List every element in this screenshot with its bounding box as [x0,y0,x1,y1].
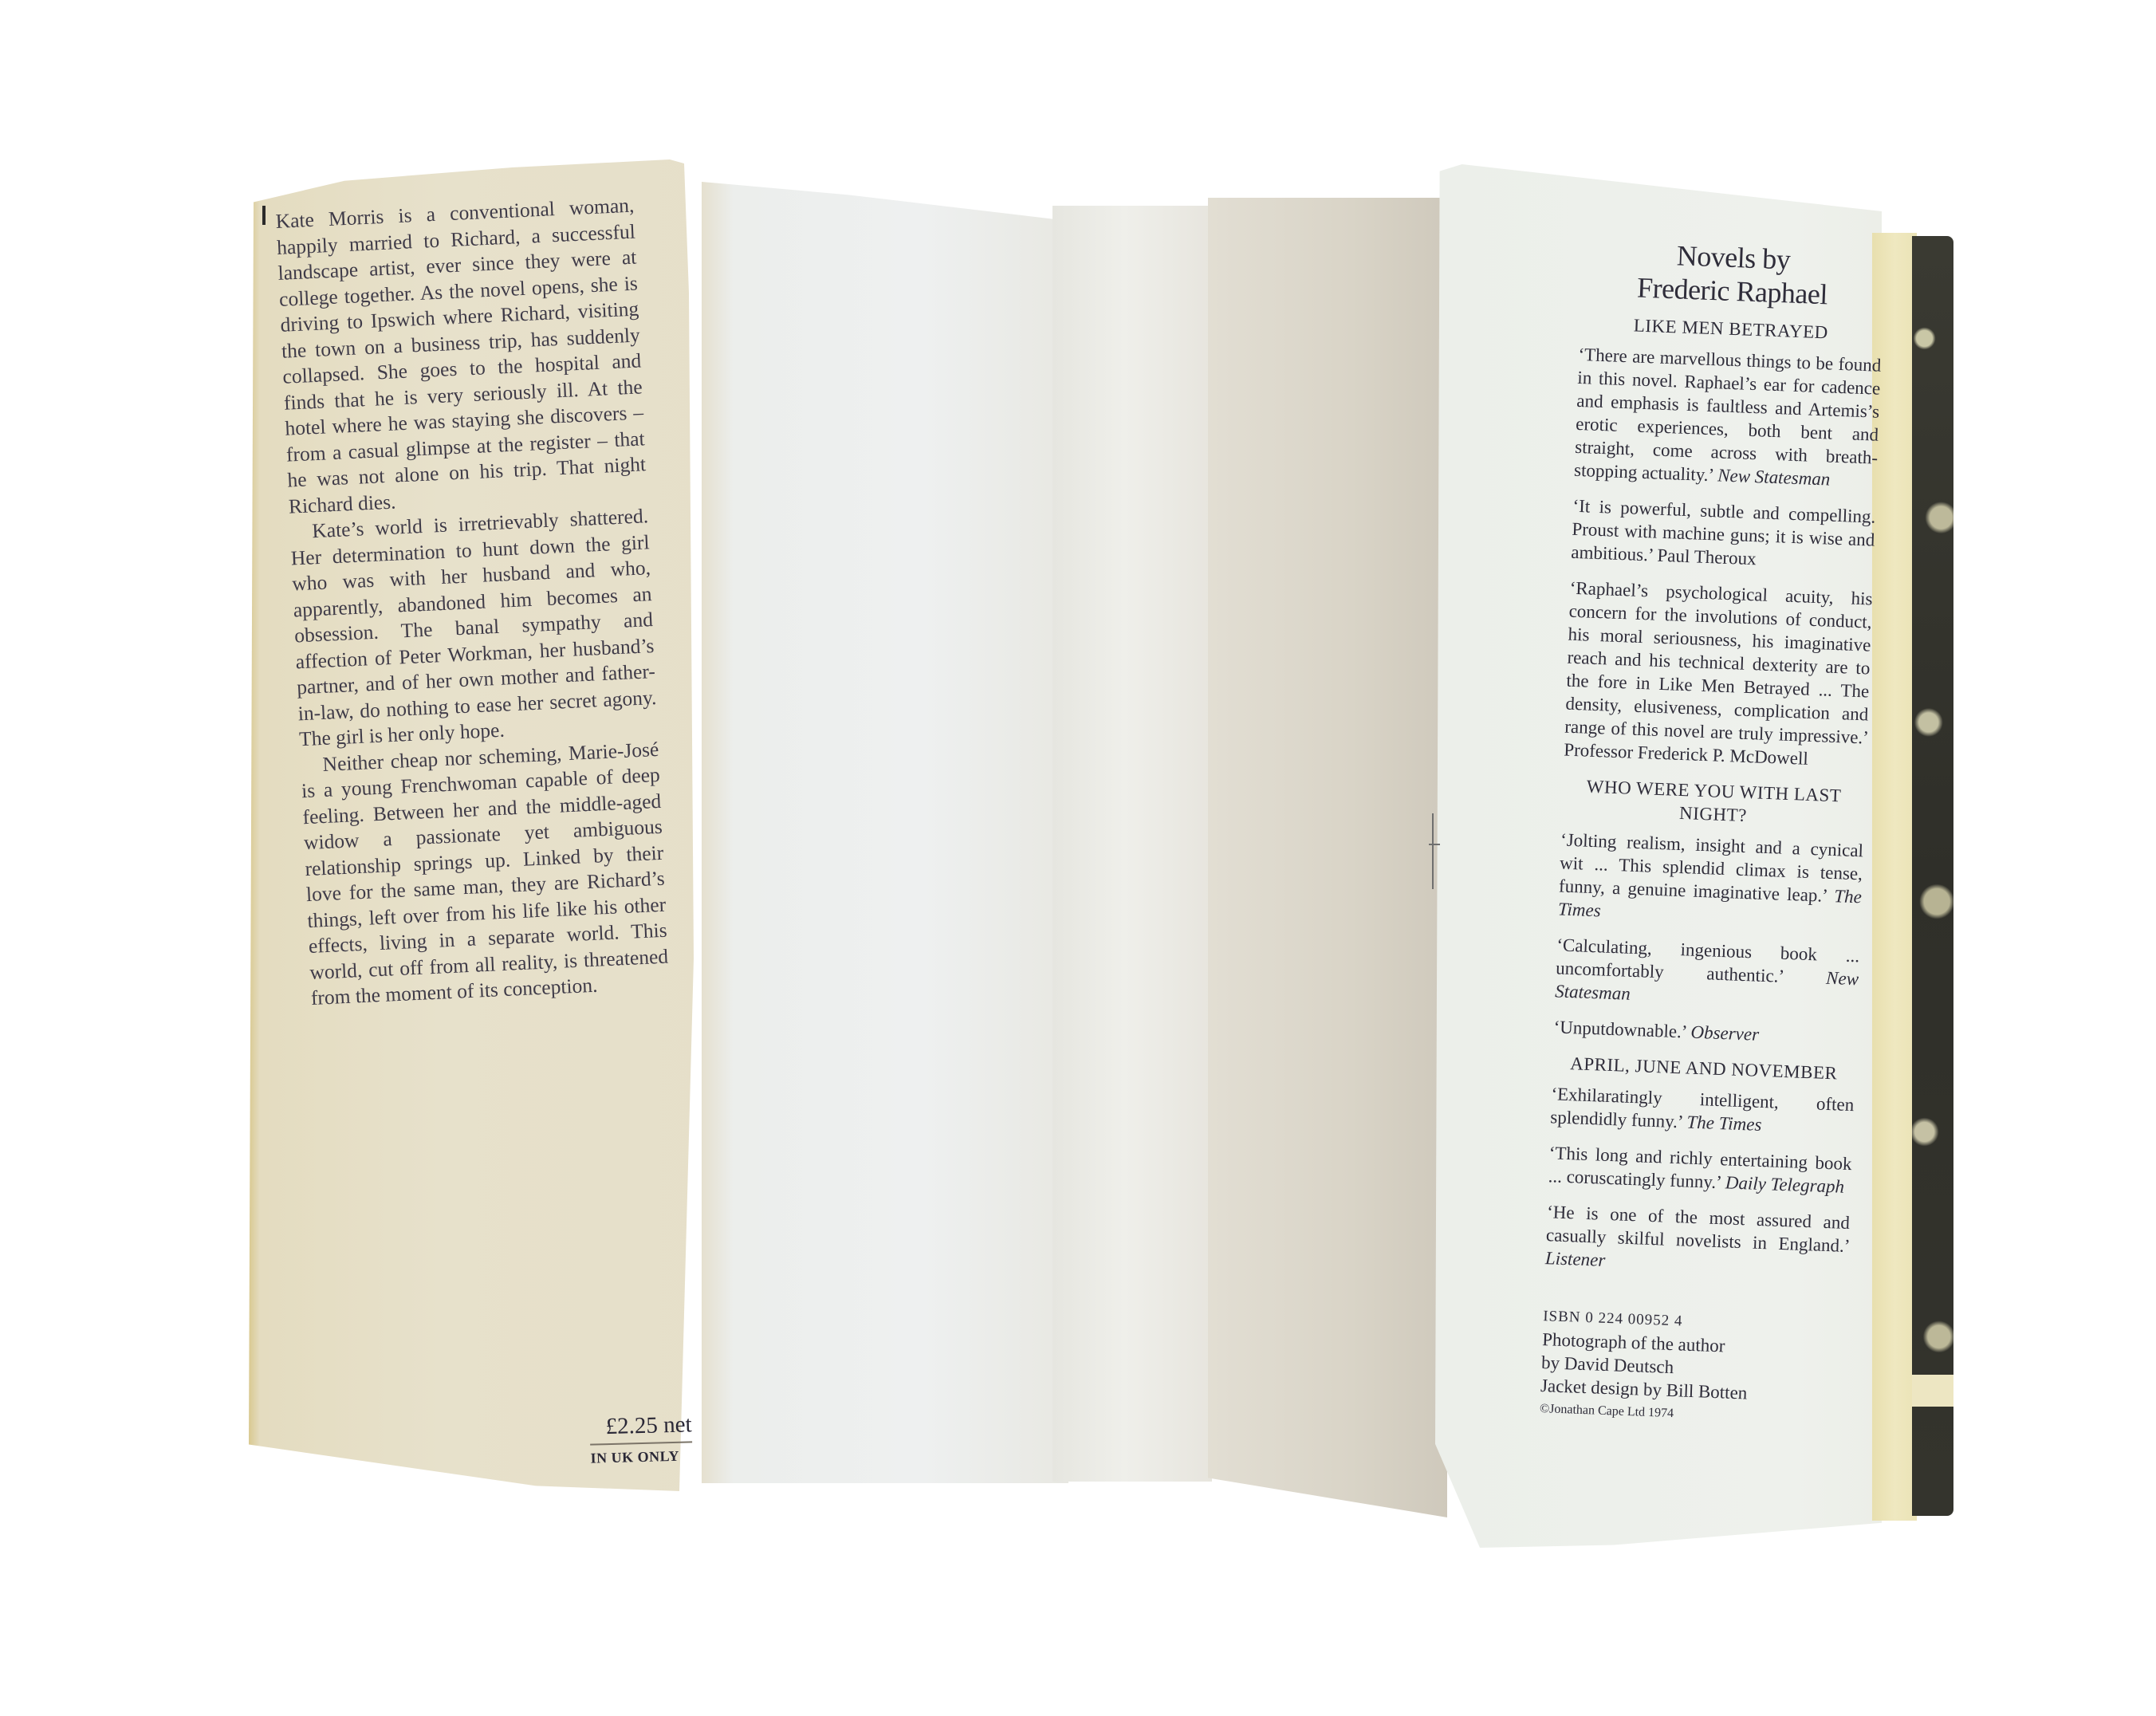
price: £2.25 net [589,1411,692,1445]
review-source: Paul Theroux [1657,545,1757,569]
review-quote: ‘Raphael’s psychological acuity, his con… [1564,577,1873,773]
review-source: Observer [1690,1022,1759,1045]
book-title: WHO WERE YOU WITH LAST NIGHT? [1561,774,1866,832]
price-region-note: IN UK ONLY [590,1447,693,1466]
review-source: Daily Telegraph [1725,1172,1844,1196]
review-quote: ‘Unputdownable.’ Observer [1553,1015,1857,1049]
review-source: The Times [1686,1112,1762,1135]
edge-band [1912,1375,1953,1407]
credits-block: ISBN 0 224 00952 4 Photograph of the aut… [1540,1305,1847,1431]
review-quote: ‘This long and richly entertaining book … [1548,1141,1852,1198]
book-title: APRIL, JUNE AND NOVEMBER [1552,1051,1855,1085]
review-quote: ‘Exhilaratingly intelligent, often splen… [1550,1082,1855,1139]
back-cover-photo-edge [1912,236,1953,1516]
review-quote: ‘There are marvellous things to be found… [1574,343,1882,493]
review-source: New Statesman [1717,465,1831,489]
back-flap-text: Novels by Frederic Raphael LIKE MEN BETR… [1540,235,1886,1431]
blurb-paragraph: Kate’s world is irretrievably shattered.… [289,503,659,753]
review-source: Listener [1545,1248,1606,1270]
book-dust-jacket: Kate Morris is a conventional woman, hap… [0,0,2156,1716]
registration-mark [1432,813,1434,889]
inner-panel-left [702,182,1068,1483]
book-title: LIKE MEN BETRAYED [1579,312,1883,346]
front-flap-blurb: Kate Morris is a conventional woman, hap… [275,193,670,1012]
price-block: £2.25 net IN UK ONLY [589,1411,693,1466]
review-quote: ‘Calculating, ingenious book ... uncomfo… [1555,933,1860,1013]
edge-mark [262,206,266,225]
review-quote: ‘It is powerful, subtle and compelling. … [1571,494,1876,575]
inner-fold-crease [1052,206,1212,1482]
flap-heading: Novels by Frederic Raphael [1580,235,1886,313]
blurb-paragraph: Kate Morris is a conventional woman, hap… [275,193,647,520]
inner-panel-right [1208,198,1447,1517]
review-quote: ‘He is one of the most assured and casua… [1544,1200,1850,1281]
review-quote: ‘Jolting realism, insight and a cynical … [1557,828,1863,932]
blurb-paragraph: Neither cheap nor scheming, Marie-José i… [300,736,670,1011]
registration-mark [1429,844,1440,845]
